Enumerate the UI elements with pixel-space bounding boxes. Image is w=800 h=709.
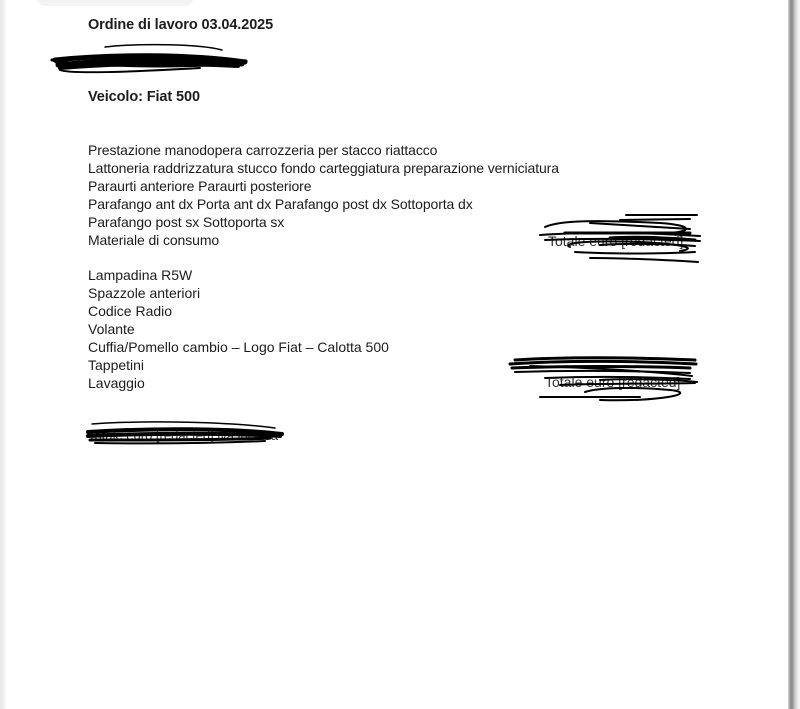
document-title: Ordine di lavoro 03.04.2025 xyxy=(88,16,273,34)
labor-total-redacted: Totale euro [redacted] xyxy=(548,232,683,250)
parts-line: Codice Radio xyxy=(88,302,172,320)
labor-line: Parafango ant dx Porta ant dx Parafango … xyxy=(88,195,473,213)
labor-line: Paraurti anteriore Paraurti posteriore xyxy=(88,177,311,195)
parts-line: Tappetini xyxy=(88,356,144,374)
page-right-edge xyxy=(788,0,800,709)
parts-line: Lampadina R5W xyxy=(88,266,192,284)
labor-line: Lattoneria raddrizzatura stucco fondo ca… xyxy=(88,159,559,177)
parts-total-redacted: Totale euro [redacted] xyxy=(545,373,680,391)
parts-line: Spazzole anteriori xyxy=(88,284,200,302)
vehicle-label: Veicolo: Fiat 500 xyxy=(88,88,200,106)
grand-total-redacted: Totale euro [redacted] iva inclusa xyxy=(88,427,278,445)
labor-line: Parafango post sx Sottoporta sx xyxy=(88,213,284,231)
parts-line: Cuffia/Pomello cambio – Logo Fiat – Calo… xyxy=(88,338,389,356)
parts-line: Volante xyxy=(88,320,135,338)
labor-line: Materiale di consumo xyxy=(88,231,219,249)
labor-line: Prestazione manodopera carrozzeria per s… xyxy=(88,141,437,159)
parts-line: Lavaggio xyxy=(88,374,145,392)
